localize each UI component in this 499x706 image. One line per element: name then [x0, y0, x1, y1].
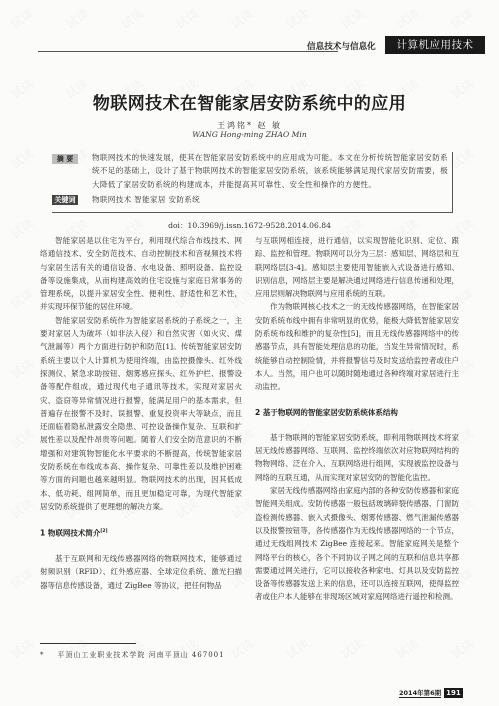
watermark-text: 试读 — [337, 5, 366, 33]
issue-label: 2014年第6期 — [399, 688, 441, 698]
body-paragraph: 基于物联网的智能家居安防系统，即利用物联网技术将家居无线传感器网络、互联网、监控… — [255, 431, 459, 484]
header-rule — [38, 51, 338, 52]
page-footer: 2014年第6期 191 — [399, 688, 463, 698]
section-heading-1: 1 物联网技术简介[2] — [40, 525, 242, 540]
body-paragraph: 家居无线传感器网络由家庭内部的各种安防传感器和家庭智能网关组成。安防传感器一般包… — [255, 484, 459, 604]
section-heading-2: 2 基于物联网的智能家居安防系统体系结构 — [255, 406, 459, 419]
body-paragraph: 基于互联网和无线传感器网络的物联网技术，能够通过射频识别（RFID）、红外感应器… — [40, 552, 242, 592]
watermark-text: 试读 — [227, 5, 256, 33]
citation: [2] — [100, 529, 107, 534]
abstract-box: 摘 要 物联网技术的快速发展，使其在智能家居安防系统中的应用成为可能。本文在分析… — [52, 152, 453, 213]
watermark-text: 试读 — [447, 635, 476, 663]
watermark-text: 试读 — [7, 355, 36, 383]
body-paragraph: 智能家居安防系统作为智能家居系统的子系统之一，主要对家居人为破坏（如非法入侵）和… — [40, 314, 242, 513]
watermark-text: 试读 — [447, 5, 476, 33]
watermark-text: 试读 — [172, 5, 201, 33]
section-heading-text: 1 物联网技术简介 — [40, 529, 100, 538]
doi: doi：10.3969/j.issn.1672-9528.2014.06.84 — [0, 220, 499, 231]
watermark-text: 试读 — [392, 635, 421, 663]
watermark-text: 试读 — [337, 635, 366, 663]
right-column: 与互联网相连接，进行通信，以实现智能化识别、定位、跟踪、监控和管理。物联网可以分… — [255, 234, 459, 604]
keywords-label: 关键词 — [52, 195, 78, 205]
paper-title: 物联网技术在智能家居安防系统中的应用 — [0, 89, 499, 114]
page-number: 191 — [444, 688, 463, 698]
footnote-rule — [40, 643, 136, 644]
watermark-text: 试读 — [7, 145, 36, 173]
watermark-text: 试读 — [7, 635, 36, 663]
watermark-text: 试读 — [62, 5, 91, 33]
footnote: * 平顶山工业职业技术学院 河南平顶山 467001 — [40, 650, 225, 660]
body-paragraph: 与互联网相连接，进行通信，以实现智能化识别、定位、跟踪、监控和管理。物联网可以分… — [255, 234, 459, 300]
keywords-row: 关键词 — [52, 193, 78, 205]
body-paragraph: 智能家居是以住宅为平台，利用现代综合布线技术、网络通信技术、安全防范技术、自动控… — [40, 234, 242, 314]
footnote-text: 平顶山工业职业技术学院 河南平顶山 467001 — [57, 651, 224, 659]
watermark-text: 试读 — [7, 495, 36, 523]
abstract-row: 摘 要 — [52, 152, 78, 164]
footnote-marker: * — [40, 651, 45, 659]
category-badge: 计算机应用技术 — [385, 36, 485, 54]
watermark-text: 试读 — [117, 5, 146, 33]
abstract-text: 物联网技术的快速发展，使其在智能家居安防系统中的应用成为可能。本文在分析传统智能… — [92, 151, 448, 191]
watermark-text: 试读 — [282, 5, 311, 33]
journal-section-label: 信息技术与信息化 — [307, 40, 376, 52]
watermark-text: 试读 — [7, 5, 36, 33]
authors-english: WANG Hong-ming ZHAO Min — [0, 130, 499, 139]
watermark-text: 试读 — [227, 635, 256, 663]
keywords-text: 物联网技术 智能家居 安防系统 — [92, 193, 448, 206]
watermark-text: 试读 — [7, 285, 36, 313]
watermark-text: 试读 — [392, 5, 421, 33]
abstract-label: 摘 要 — [52, 154, 78, 164]
left-column: 智能家居是以住宅为平台，利用现代综合布线技术、网络通信技术、安全防范技术、自动控… — [40, 234, 242, 592]
watermark-text: 试读 — [7, 565, 36, 593]
watermark-text: 试读 — [7, 425, 36, 453]
watermark-text: 试读 — [282, 635, 311, 663]
body-paragraph: 作为物联网核心技术之一的无线传感器网络，在智能家居安防系统布线中拥有非常明显的优… — [255, 300, 459, 393]
